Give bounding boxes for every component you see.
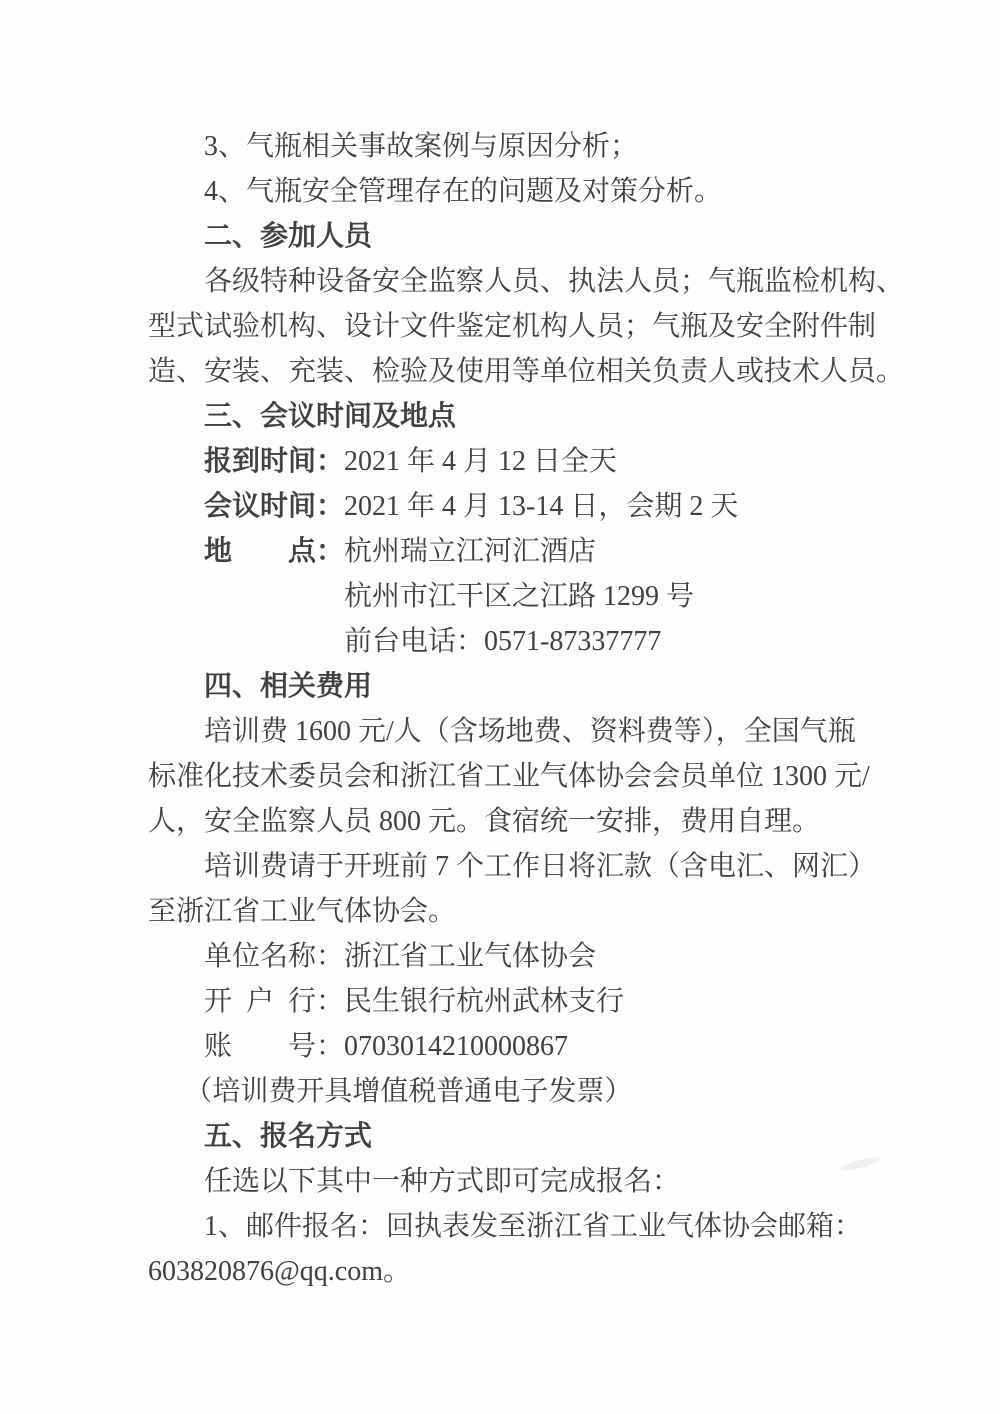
section-heading: 五、报名方式 bbox=[148, 1114, 872, 1159]
field-colon: ： bbox=[316, 941, 344, 972]
doc-line: 各级特种设备安全监察人员、执法人员；气瓶监检机构、 bbox=[148, 259, 872, 304]
field-value: 杭州瑞立江河汇酒店 bbox=[344, 536, 596, 567]
doc-line: 603820876@qq.com。 bbox=[148, 1249, 872, 1294]
doc-line: 培训费 1600 元/人（含场地费、资料费等），全国气瓶 bbox=[148, 709, 872, 754]
field-label: 开户行 bbox=[204, 979, 316, 1024]
section-heading: 三、会议时间及地点 bbox=[148, 394, 872, 439]
field-colon: ： bbox=[316, 446, 344, 477]
doc-line: 账号：0703014210000867 bbox=[148, 1024, 872, 1069]
doc-line: 标准化技术委员会和浙江省工业气体协会会员单位 1300 元/ bbox=[148, 754, 872, 799]
section-heading: 四、相关费用 bbox=[148, 664, 872, 709]
doc-line: 开户行：民生银行杭州武林支行 bbox=[148, 979, 872, 1024]
doc-line: 造、安装、充装、检验及使用等单位相关负责人或技术人员。 bbox=[148, 349, 872, 394]
field-colon: ： bbox=[316, 536, 344, 567]
field-label: 账号 bbox=[204, 1024, 316, 1069]
field-value: 0703014210000867 bbox=[344, 1031, 568, 1062]
field-label: 会议时间 bbox=[204, 491, 316, 522]
field-label: 地点 bbox=[204, 529, 316, 574]
doc-line: 地点：杭州瑞立江河汇酒店 bbox=[148, 529, 872, 574]
field-label: 报到时间 bbox=[204, 446, 316, 477]
document-body: 3、气瓶相关事故案例与原因分析；4、气瓶安全管理存在的问题及对策分析。二、参加人… bbox=[148, 124, 872, 1294]
doc-line: 前台电话：0571-87337777 bbox=[148, 619, 872, 664]
doc-line: 培训费请于开班前 7 个工作日将汇款（含电汇、网汇） bbox=[148, 844, 872, 889]
field-value: 浙江省工业气体协会 bbox=[344, 941, 596, 972]
doc-line: 至浙江省工业气体协会。 bbox=[148, 889, 872, 934]
doc-line: 人，安全监察人员 800 元。食宿统一安排，费用自理。 bbox=[148, 799, 872, 844]
field-colon: ： bbox=[316, 1031, 344, 1062]
section-heading: 二、参加人员 bbox=[148, 214, 872, 259]
field-value: 2021 年 4 月 12 日全天 bbox=[344, 446, 617, 477]
doc-line: 4、气瓶安全管理存在的问题及对策分析。 bbox=[148, 169, 872, 214]
doc-line: （培训费开具增值税普通电子发票） bbox=[148, 1069, 872, 1114]
doc-line: 会议时间：2021 年 4 月 13-14 日，会期 2 天 bbox=[148, 484, 872, 529]
field-value: 2021 年 4 月 13-14 日，会期 2 天 bbox=[344, 491, 738, 522]
document-page: 3、气瓶相关事故案例与原因分析；4、气瓶安全管理存在的问题及对策分析。二、参加人… bbox=[0, 0, 1000, 1414]
doc-line: 3、气瓶相关事故案例与原因分析； bbox=[148, 124, 872, 169]
field-colon: ： bbox=[316, 491, 344, 522]
field-label: 单位名称 bbox=[204, 941, 316, 972]
doc-line: 单位名称：浙江省工业气体协会 bbox=[148, 934, 872, 979]
doc-line: 任选以下其中一种方式即可完成报名： bbox=[148, 1159, 872, 1204]
doc-line: 报到时间：2021 年 4 月 12 日全天 bbox=[148, 439, 872, 484]
field-value: 民生银行杭州武林支行 bbox=[344, 986, 624, 1017]
doc-line: 1、邮件报名：回执表发至浙江省工业气体协会邮箱： bbox=[148, 1204, 872, 1249]
doc-line: 型式试验机构、设计文件鉴定机构人员；气瓶及安全附件制 bbox=[148, 304, 872, 349]
doc-line: 杭州市江干区之江路 1299 号 bbox=[148, 574, 872, 619]
field-colon: ： bbox=[316, 986, 344, 1017]
